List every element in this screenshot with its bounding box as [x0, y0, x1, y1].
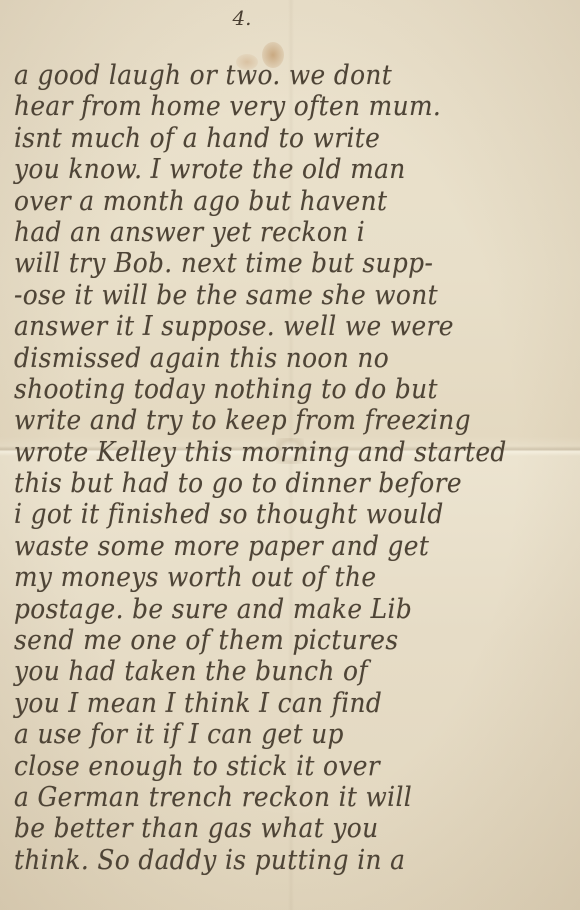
text-line: answer it I suppose. well we were — [14, 311, 529, 342]
text-line: this but had to go to dinner before — [14, 468, 529, 499]
text-line: will try Bob. next time but supp- — [14, 248, 529, 279]
text-line: think. So daddy is putting in a — [14, 845, 529, 876]
text-line: postage. be sure and make Lib — [14, 594, 529, 625]
text-line: i got it finished so thought would — [14, 499, 529, 530]
text-line: my moneys worth out of the — [14, 562, 529, 593]
text-line: dismissed again this noon no — [14, 343, 529, 374]
text-line: wrote Kelley this morning and started — [14, 437, 529, 468]
text-line: you I mean I think I can find — [14, 688, 529, 719]
letter-page: 4. a good laugh or two. we dont hear fro… — [0, 0, 580, 910]
text-line: hear from home very often mum. — [14, 91, 529, 122]
text-line: waste some more paper and get — [14, 531, 529, 562]
text-line: you had taken the bunch of — [14, 656, 529, 687]
text-line: you know. I wrote the old man — [14, 154, 529, 185]
text-line: isnt much of a hand to write — [14, 123, 529, 154]
text-line: a German trench reckon it will — [14, 782, 529, 813]
text-line: a good laugh or two. we dont — [14, 60, 529, 91]
text-line: send me one of them pictures — [14, 625, 529, 656]
text-line: write and try to keep from freezing — [14, 405, 529, 436]
text-line: close enough to stick it over — [14, 751, 529, 782]
page-number: 4. — [222, 6, 262, 30]
text-line: had an answer yet reckon i — [14, 217, 529, 248]
text-line: -ose it will be the same she wont — [14, 280, 529, 311]
handwritten-body: a good laugh or two. we dont hear from h… — [14, 60, 574, 876]
text-line: a use for it if I can get up — [14, 719, 529, 750]
text-line: be better than gas what you — [14, 813, 529, 844]
text-line: shooting today nothing to do but — [14, 374, 529, 405]
text-line: over a month ago but havent — [14, 186, 529, 217]
